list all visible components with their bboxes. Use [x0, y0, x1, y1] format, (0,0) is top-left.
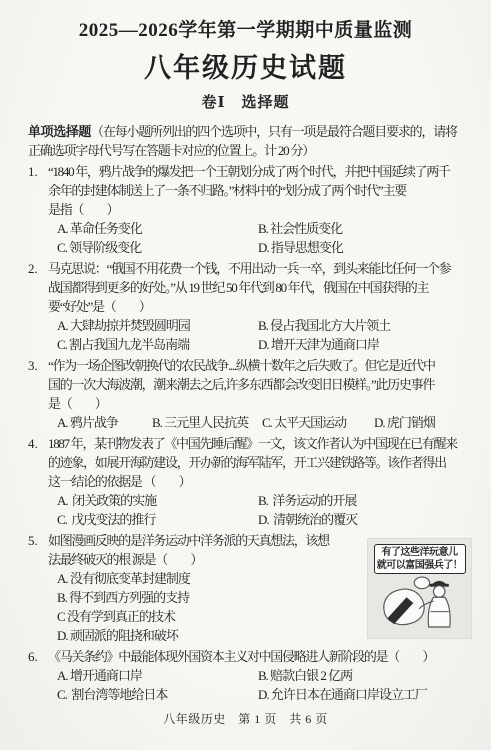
- question-2: 2. 马克思说：“俄国不用花费一个钱，不用出动一兵一卒，到头来能比任何一个参 战…: [28, 259, 463, 354]
- question-2-option-a: A. 大肆劫掠并焚毁圆明园: [57, 316, 258, 335]
- question-4-options: A. 闭关政策的实施 B. 洋务运动的开展 C. 戊戌变法的推行 D. 清朝统治…: [57, 491, 463, 529]
- question-1-stem: “1840 年，鸦片战争的爆发把一个王朝划分成了两个时代，并把中国延续了两千 余…: [48, 162, 463, 219]
- instructions-label: 单项选择题: [28, 124, 91, 139]
- question-4-number: 4.: [28, 434, 38, 453]
- page-footer: 八年级历史 第 1 页 共 6 页: [0, 710, 491, 727]
- question-3-option-d: D. 虎门销烟: [374, 413, 463, 432]
- question-1-option-c: C. 领导阶级变化: [57, 238, 258, 257]
- question-4-stem: 1887 年，某刊物发表了《中国先睡后醒》一文，该文作者认为中国现在已有醒来 的…: [48, 434, 463, 491]
- question-4-option-d: D. 清朝统治的覆灭: [258, 510, 463, 529]
- question-2-options: A. 大肆劫掠并焚毁圆明园 B. 侵占我国北方大片领土 C. 割占我国九龙半岛南…: [57, 316, 463, 354]
- speech-bubble: 有了这些洋玩意儿 就可以富国强兵了！: [374, 544, 466, 574]
- question-3-option-b: B. 三元里人民抗英: [152, 413, 262, 432]
- exam-title: 2025—2026学年第一学期期中质量监测: [0, 15, 491, 42]
- question-3-options: A. 鸦片战争 B. 三元里人民抗英 C. 太平天国运动 D. 虎门销烟: [57, 413, 463, 432]
- instructions-text: （在每小题所列出的四个选项中，只有一项是最符合题目要求的，请将 正确选项字母代号…: [28, 124, 457, 158]
- question-2-option-d: D. 增开天津为通商口岸: [258, 335, 463, 354]
- question-5-number: 5.: [28, 531, 38, 550]
- question-1-number: 1.: [28, 162, 38, 181]
- question-6: 6. 《马关条约》中最能体现外国资本主义对中国侵略进人新阶段的是（ ） A. 增…: [28, 647, 463, 704]
- question-1-option-b: B. 社会性质变化: [258, 219, 463, 238]
- question-2-number: 2.: [28, 259, 38, 278]
- question-3-number: 3.: [28, 356, 38, 375]
- question-4-option-c: C. 戊戌变法的推行: [57, 510, 258, 529]
- question-1-option-d: D. 指导思想变化: [258, 238, 463, 257]
- question-4: 4. 1887 年，某刊物发表了《中国先睡后醒》一文，该文作者认为中国现在已有醒…: [28, 434, 463, 529]
- speech-bubble-line2: 就可以富国强兵了！: [375, 559, 465, 572]
- question-6-option-b: B. 赔款白银 2 亿两: [258, 666, 463, 685]
- question-2-option-b: B. 侵占我国北方大片领土: [258, 316, 463, 335]
- section-heading: 卷Ⅰ 选择题: [0, 94, 491, 112]
- question-6-option-c: C. 割台湾等地给日本: [57, 685, 258, 704]
- official-carrying-sack-drawing: [372, 575, 468, 631]
- question-2-option-c: C. 割占我国九龙半岛南端: [57, 335, 258, 354]
- instructions: 单项选择题（在每小题所列出的四个选项中，只有一项是最符合题目要求的，请将 正确选…: [28, 122, 463, 160]
- question-4-option-b: B. 洋务运动的开展: [258, 491, 463, 510]
- question-2-stem: 马克思说：“俄国不用花费一个钱，不用出动一兵一卒，到头来能比任何一个参 战国都得…: [48, 259, 463, 316]
- question-6-options: A. 增开通商口岸 B. 赔款白银 2 亿两 C. 割台湾等地给日本 D. 允许…: [57, 666, 463, 704]
- question-1-options: A. 革命任务变化 B. 社会性质变化 C. 领导阶级变化 D. 指导思想变化: [57, 219, 463, 257]
- question-6-option-a: A. 增开通商口岸: [57, 666, 258, 685]
- question-1: 1. “1840 年，鸦片战争的爆发把一个王朝划分成了两个时代，并把中国延续了两…: [28, 162, 463, 257]
- question-3-option-c: C. 太平天国运动: [262, 413, 374, 432]
- question-4-option-a: A. 闭关政策的实施: [57, 491, 258, 510]
- question-3-option-a: A. 鸦片战争: [57, 413, 152, 432]
- question-6-stem: 《马关条约》中最能体现外国资本主义对中国侵略进人新阶段的是（ ）: [48, 647, 463, 666]
- exam-subtitle: 八年级历史试题: [0, 46, 491, 85]
- question-3: 3. “作为一场企图改朝换代的农民战争....纵横十数年之后失败了。但它是近代中…: [28, 356, 463, 432]
- exam-page: 2025—2026学年第一学期期中质量监测 八年级历史试题 卷Ⅰ 选择题 单项选…: [0, 0, 491, 750]
- cartoon-image: 有了这些洋玩意儿 就可以富国强兵了！: [368, 539, 471, 638]
- question-6-number: 6.: [28, 647, 38, 666]
- question-1-option-a: A. 革命任务变化: [57, 219, 258, 238]
- speech-bubble-line1: 有了这些洋玩意儿: [375, 546, 465, 559]
- question-3-stem: “作为一场企图改朝换代的农民战争....纵横十数年之后失败了。但它是近代中 国的…: [48, 356, 463, 413]
- question-6-option-d: D. 允许日本在通商口岸设立工厂: [258, 685, 463, 704]
